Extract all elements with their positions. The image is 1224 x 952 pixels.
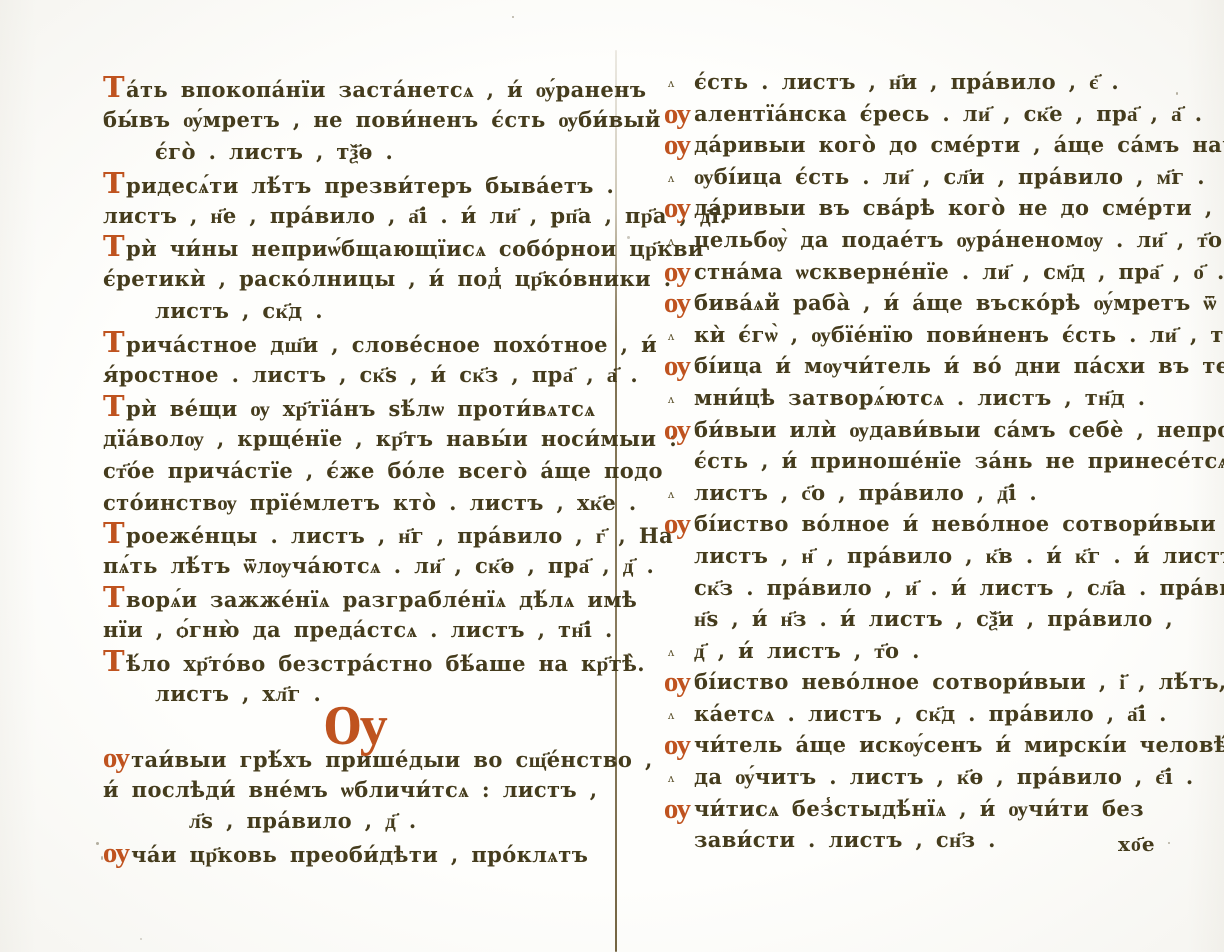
text-line: ѹби́выи илѝ ѹдави́выи са́мъ себѐ , непро… (694, 414, 1194, 446)
text-line: ѹчи́тель а́ще искѹ́сенъ и́ мирскі́и чело… (694, 729, 1194, 761)
marginal-caret-mark: ʌ (668, 226, 675, 258)
rubric-initial: Т (103, 580, 125, 614)
text-line: бы́въ ѹ́мретъ , не пови́ненъ є́сть ѹби́в… (103, 104, 608, 136)
rubric-initial: ѹ (664, 129, 691, 161)
paper-speck (96, 842, 99, 845)
rubric-initial: Т (103, 389, 125, 423)
line-text: кѝ є́гѡ̀ , ѹбїе́нїю пови́ненъ є́сть . ли… (694, 322, 1224, 347)
rubric-initial: ѹ (664, 192, 691, 224)
line-text: ѣ́ло хр҃то́во безстра́стно бѣ́аше на кр҃… (126, 651, 645, 676)
rubric-initial: Т (103, 70, 125, 104)
line-text: бы́въ ѹ́мретъ , не пови́ненъ є́сть ѹби́в… (103, 107, 661, 132)
line-text: бі́иство нево́лное сотвори́выи , і҃ , лѣ… (694, 669, 1224, 694)
line-text: мни́цѣ затворѧ́ютсѧ . листъ , тн҃д . (694, 385, 1146, 410)
line-text: рѝ чи́ны неприѡ́бщающїисѧ собо́рнои цр҃к… (126, 236, 704, 261)
paper-speck (1168, 842, 1170, 844)
line-text: ча́и цр҃ковь преоби́дѣти , про́клѧтъ (131, 842, 588, 867)
rubric-initial: ѹ (664, 256, 691, 288)
line-text: листъ , ск҃д . (155, 298, 323, 323)
rubric-initial: Т (103, 229, 125, 263)
line-text: и́ послѣди́ вне́мъ ѡбличи́тсѧ : листъ , (103, 777, 597, 802)
paper-speck (1176, 92, 1178, 95)
line-text: нїи , ѻ́гню̀ да преда́стсѧ . листъ , тн҃… (103, 617, 613, 642)
line-text: да́ривыи въ сва́рѣ кого̀ не до сме́рти ,… (694, 195, 1224, 220)
line-text: листъ , хл҃г . (155, 681, 321, 706)
text-line: ʌцельбѹ̀ да подае́тъ ѹра́неномѹ . ли҃ , … (694, 224, 1194, 256)
right-page: ʌє́сть . листъ , н҃и , пра́вило , є҃ .ѹа… (694, 66, 1194, 856)
text-line: ʌка́етсѧ . листъ , ск҃д . пра́вило , а҃і… (694, 698, 1194, 730)
line-text: ѹбі́ица є́сть . ли҃ , сл҃и , пра́вило , … (694, 164, 1205, 189)
text-line: сто́инствѹ прїе́млетъ кто̀ . листъ , хк҃… (103, 487, 608, 519)
line-text: є́сть , и́ приноше́нїе за́нь не принесе́… (694, 448, 1224, 473)
line-text: би́выи илѝ ѹдави́выи са́мъ себѐ , непрощ… (694, 417, 1224, 442)
text-line: ʌда ѹ́читъ . листъ , к҃ѳ , пра́вило , є҃… (694, 761, 1194, 793)
text-line: ѹалентїа́нска є́ресь . ли҃ , ск҃е , пра҃… (694, 98, 1194, 130)
text-line: ѹбі́иство нево́лное сотвори́выи , і҃ , л… (694, 666, 1194, 698)
rubric-initial: ѹ (103, 740, 130, 774)
line-text: рѝ ве́щи ѹ хр҃тїа́нъ ѕѣ́лѡ проти́вѧтсѧ (126, 396, 595, 421)
text-line: Трѝ ве́щи ѹ хр҃тїа́нъ ѕѣ́лѡ проти́вѧтсѧ (103, 391, 608, 423)
line-text: ридесѧ́ти лѣ́тъ презви́теръ быва́етъ . (126, 173, 614, 198)
text-line: пѧ́ть лѣ́тъ ѿлѹча́ютсѧ . ли҃ , ск҃ѳ , пр… (103, 550, 608, 582)
text-line: Тридесѧ́ти лѣ́тъ презви́теръ быва́етъ . (103, 168, 608, 200)
text-line: Троеже́нцы . листъ , н҃г , пра́вило , г҃… (103, 518, 608, 550)
text-line: я́ростное . листъ , ск҃ѕ , и́ ск҃з , пра… (103, 359, 608, 391)
line-text: л҃ѕ , пра́вило , д҃ . (189, 808, 417, 833)
rubric-initial: ѹ (664, 793, 691, 825)
text-line: ѹбі́ица и́ мѹчи́тель и́ во́ дни па́схи в… (694, 350, 1194, 382)
line-text: чи́тель а́ще искѹ́сенъ и́ мирскі́и челов… (694, 732, 1224, 757)
rubric-initial: Т (103, 166, 125, 200)
line-text: алентїа́нска є́ресь . ли҃ , ск҃е , пра҃ … (694, 101, 1202, 126)
line-text: да ѹ́читъ . листъ , к҃ѳ , пра́вило , є҃і… (694, 764, 1194, 789)
text-line: є́ретикѝ , раско́лницы , и́ под̾ цр҃ко́в… (103, 263, 608, 295)
paper-speck (627, 236, 630, 239)
line-text: да́ривыи кого̀ до сме́рти , а́ще са́мъ н… (694, 132, 1224, 157)
line-text: ст҃о́е прича́стїе , є́же бо́ле всего̀ а́… (103, 458, 663, 483)
paper-speck (140, 938, 142, 940)
text-line: ѹча́и цр҃ковь преоби́дѣти , про́клѧтъ (103, 837, 608, 869)
text-line: ʌд҃ , и́ листъ , т҃о . (694, 635, 1194, 667)
left-page: Та́ть впокопа́нїи заста́нетсѧ , и́ ѹ́ран… (103, 72, 608, 869)
rubric-initial: ѹ (664, 666, 691, 698)
line-text: рича́стное дш҃и , слове́сное похо́тное ,… (126, 332, 657, 357)
line-text: сто́инствѹ прїе́млетъ кто̀ . листъ , хк҃… (103, 490, 637, 515)
text-line: ѹстна́ма ѡскверне́нїе . ли҃ , см҃д , пра… (694, 256, 1194, 288)
paper-speck (512, 16, 514, 18)
text-line: ѹбі́иство во́лное и́ нево́лное сотвори́в… (694, 508, 1194, 540)
text-line: Тѣ́ло хр҃то́во безстра́стно бѣ́аше на кр… (103, 646, 608, 678)
line-text: бива́ѧй раба̀ , и́ а́ще въско́рѣ ѹ́мретъ… (694, 290, 1224, 315)
text-line: є́сть , и́ приноше́нїе за́нь не принесе́… (694, 445, 1194, 477)
line-text: пѧ́ть лѣ́тъ ѿлѹча́ютсѧ . ли҃ , ск҃ѳ , пр… (103, 553, 654, 578)
text-line: ѹбива́ѧй раба̀ , и́ а́ще въско́рѣ ѹ́мрет… (694, 287, 1194, 319)
line-text: ск҃з . пра́вило , и҃ . и́ листъ , сл҃а .… (694, 575, 1224, 600)
text-line: дїа́волѹ , крще́нїе , кр҃тъ навы́и носи́… (103, 423, 608, 455)
line-text: роеже́нцы . листъ , н҃г , пра́вило , г҃ … (126, 523, 673, 548)
text-line: листъ , н҃ , пра́вило , к҃в . и́ к҃г . и… (694, 540, 1194, 572)
marginal-caret-mark: ʌ (668, 384, 675, 416)
rubric-initial: Т (103, 516, 125, 550)
text-line: нїи , ѻ́гню̀ да преда́стсѧ . листъ , тн҃… (103, 614, 608, 646)
paper-speck (101, 856, 103, 860)
line-text: є́сть . листъ , н҃и , пра́вило , є҃ . (694, 69, 1119, 94)
line-text: цельбѹ̀ да подае́тъ ѹра́неномѹ . ли҃ , т… (694, 227, 1224, 252)
line-text: ка́етсѧ . листъ , ск҃д . пра́вило , а҃і … (694, 701, 1167, 726)
text-line: Трича́стное дш҃и , слове́сное похо́тное … (103, 327, 608, 359)
text-line: листъ , н҃е , пра́вило , а҃і . и́ ли҃ , … (103, 200, 608, 232)
line-text: д҃ , и́ листъ , т҃о . (694, 638, 920, 663)
text-line: и́ послѣди́ вне́мъ ѡбличи́тсѧ : листъ , (103, 774, 608, 806)
text-line: ʌмни́цѣ затворѧ́ютсѧ . листъ , тн҃д . (694, 382, 1194, 414)
line-text: листъ , н҃е , пра́вило , а҃і . и́ ли҃ , … (103, 203, 727, 228)
rubric-initial: ѹ (664, 350, 691, 382)
rubric-initial: ѹ (664, 98, 691, 130)
text-line: ѹчи́тисѧ без̾стыдѣ́нїѧ , и́ ѹчи́ти без (694, 793, 1194, 825)
line-text: н҃ѕ , и́ н҃з . и́ листъ , сѯ҃и , пра́вил… (694, 606, 1173, 631)
text-line: ѹда́ривыи кого̀ до сме́рти , а́ще са́мъ … (694, 129, 1194, 161)
line-text: бі́иство во́лное и́ нево́лное сотвори́вы… (694, 511, 1224, 536)
rubric-initial: ѹ (664, 729, 691, 761)
rubric-initial: Т (103, 325, 125, 359)
line-text: я́ростное . листъ , ск҃ѕ , и́ ск҃з , пра… (103, 362, 638, 387)
line-text: бі́ица и́ мѹчи́тель и́ во́ дни па́схи въ… (694, 353, 1224, 378)
text-line: н҃ѕ , и́ н҃з . и́ листъ , сѯ҃и , пра́вил… (694, 603, 1194, 635)
text-line: л҃ѕ , пра́вило , д҃ . (103, 805, 608, 837)
text-line: ʌлистъ , с҃о , пра́вило , д҃і . (694, 477, 1194, 509)
line-text: ворѧ́и зажже́нїѧ разграбле́нїѧ дѣ́лѧ имѣ (126, 587, 637, 612)
text-line: ʌкѝ є́гѡ̀ , ѹбїе́нїю пови́ненъ є́сть . л… (694, 319, 1194, 351)
text-line: Та́ть впокопа́нїи заста́нетсѧ , и́ ѹ́ран… (103, 72, 608, 104)
text-line: Трѝ чи́ны неприѡ́бщающїисѧ собо́рнои цр҃… (103, 231, 608, 263)
marginal-caret-mark: ʌ (668, 68, 675, 100)
text-line: ѹда́ривыи въ сва́рѣ кого̀ не до сме́рти … (694, 192, 1194, 224)
line-text: є́ретикѝ , раско́лницы , и́ под̾ цр҃ко́в… (103, 266, 671, 291)
line-text: таи́выи грѣ́хъ прише́дыи во сщ҃е́нство , (131, 747, 653, 772)
text-line: ʌє́сть . листъ , н҃и , пра́вило , є҃ . (694, 66, 1194, 98)
section-initial-row: Ѹ (103, 710, 608, 742)
text-line: ѹтаи́выи грѣ́хъ прише́дыи во сщ҃е́нство … (103, 742, 608, 774)
text-line: ск҃з . пра́вило , и҃ . и́ листъ , сл҃а .… (694, 572, 1194, 604)
text-line: є́го̀ . листъ , тѯ҃ѳ . (103, 136, 608, 168)
line-text: листъ , с҃о , пра́вило , д҃і . (694, 480, 1037, 505)
line-text: чи́тисѧ без̾стыдѣ́нїѧ , и́ ѹчи́ти без (694, 796, 1144, 821)
rubric-initial: ѹ (664, 414, 691, 446)
line-text: є́го̀ . листъ , тѯ҃ѳ . (155, 139, 393, 164)
folio-number: хо҃е (1118, 832, 1156, 857)
text-line: ʌѹбі́ица є́сть . ли҃ , сл҃и , пра́вило ,… (694, 161, 1194, 193)
text-line: ст҃о́е прича́стїе , є́же бо́ле всего̀ а́… (103, 455, 608, 487)
text-line: листъ , ск҃д . (103, 295, 608, 327)
rubric-initial: Т (103, 644, 125, 678)
rubric-initial: ѹ (103, 835, 130, 869)
text-line: Творѧ́и зажже́нїѧ разграбле́нїѧ дѣ́лѧ им… (103, 582, 608, 614)
line-text: а́ть впокопа́нїи заста́нетсѧ , и́ ѹ́ране… (126, 77, 646, 102)
line-text: стна́ма ѡскверне́нїе . ли҃ , см҃д , пра҃… (694, 259, 1224, 284)
line-text: зави́сти . листъ , сн҃з . (694, 827, 996, 852)
line-text: дїа́волѹ , крще́нїе , кр҃тъ навы́и носи́… (103, 426, 677, 451)
marginal-caret-mark: ʌ (668, 763, 675, 795)
rubric-initial: ѹ (664, 287, 691, 319)
rubric-initial: ѹ (664, 508, 691, 540)
line-text: листъ , н҃ , пра́вило , к҃в . и́ к҃г . и… (694, 543, 1224, 568)
